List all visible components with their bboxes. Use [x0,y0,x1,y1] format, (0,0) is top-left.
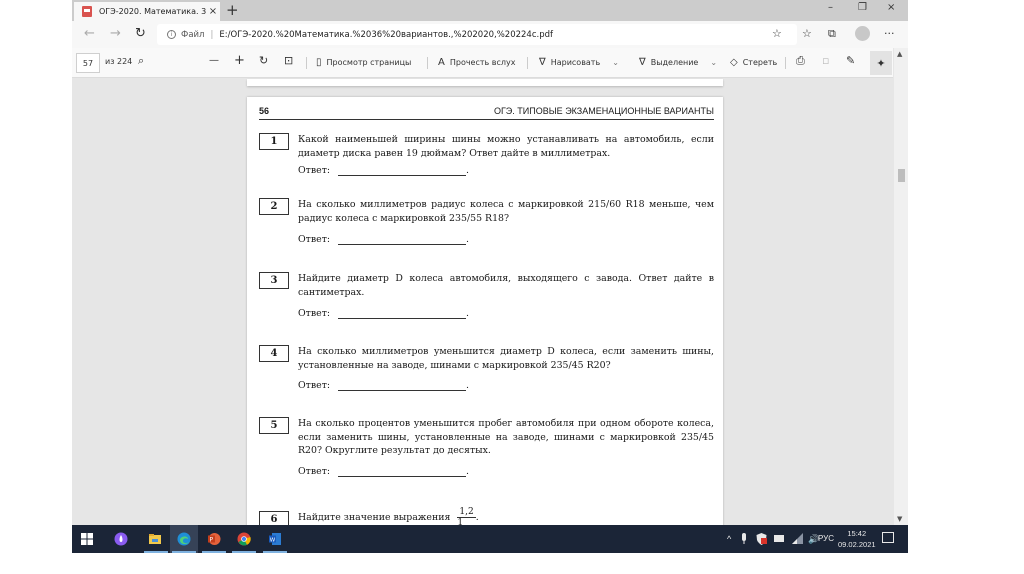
page-header: 56 ОГЭ. ТИПОВЫЕ ЭКЗАМЕНАЦИОННЫЕ ВАРИАНТЫ [259,106,714,120]
zoom-out-button[interactable]: — [209,55,219,66]
previous-page-edge [247,79,723,86]
file-explorer-icon[interactable] [148,532,162,546]
highlight-button[interactable]: ∇ Выделение ⌄ [639,57,717,68]
svg-text:P: P [210,537,214,544]
task-number: 2 [259,198,289,215]
word-icon[interactable]: W [268,532,282,546]
highlight-label: Выделение [651,58,699,67]
close-window-button[interactable]: × [887,2,895,13]
microphone-icon[interactable] [740,533,748,545]
pdf-toolbar: 57 из 224 ⌕ — + ↻ ⊡ ▯ Просмотр страницы … [72,48,893,78]
task-number: 5 [259,417,289,434]
collections-icon[interactable]: ⧉ [828,27,836,41]
edge-browser-icon[interactable] [177,532,191,546]
restore-button[interactable]: ❐ [858,2,867,13]
task-text: На сколько миллиметров уменьшится диамет… [298,345,714,372]
language-indicator[interactable]: РУС [818,534,834,543]
tab-title: ОГЭ-2020. Математика. 36 вари [99,7,206,16]
battery-icon[interactable] [774,534,785,543]
task-number: 3 [259,272,289,289]
chrome-icon[interactable] [237,532,251,546]
search-icon[interactable]: ⌕ [138,54,144,68]
pdf-page: 56 ОГЭ. ТИПОВЫЕ ЭКЗАМЕНАЦИОННЫЕ ВАРИАНТЫ… [247,97,723,537]
page-number: 56 [259,106,269,116]
draw-icon: ∇ [539,57,546,68]
info-icon[interactable]: i [167,30,176,39]
browser-window: ОГЭ-2020. Математика. 36 вари × + – ❐ × … [72,0,908,553]
read-aloud-icon: A [438,57,445,68]
page-view-button[interactable]: ▯ Просмотр страницы [316,57,411,68]
notifications-icon[interactable] [882,532,894,543]
address-separator: | [210,30,213,40]
network-icon[interactable] [792,533,803,544]
read-aloud-label: Прочесть вслух [450,58,516,67]
pdf-file-icon [82,6,92,17]
scroll-down-arrow-icon[interactable]: ▼ [897,515,902,523]
answer-line: Ответ:. [298,466,469,477]
alice-assistant-icon[interactable] [114,532,128,546]
draw-label: Нарисовать [551,58,600,67]
zoom-in-button[interactable]: + [234,53,245,68]
erase-button[interactable]: ◇ Стереть [730,57,777,68]
erase-label: Стереть [743,58,778,67]
print-icon[interactable]: ⎙ [796,54,805,68]
tab-strip: ОГЭ-2020. Математика. 36 вари × + – ❐ × [72,0,908,21]
task-text: Какой наименьшей ширины шины можно устан… [298,133,714,160]
security-shield-icon[interactable] [756,533,767,545]
add-favorite-icon[interactable]: ☆ [772,27,782,40]
read-aloud-button[interactable]: A Прочесть вслух [438,57,516,68]
task-text: Найдите диаметр D колеса автомобиля, вых… [298,272,714,299]
close-tab-icon[interactable]: × [206,6,220,17]
more-menu-icon[interactable]: ··· [884,27,895,40]
task-text: На сколько процентов уменьшится пробег а… [298,417,714,458]
address-scheme-label: Файл [181,30,204,40]
highlight-icon: ∇ [639,57,646,68]
minimize-button[interactable]: – [828,2,833,13]
powerpoint-icon[interactable]: P [207,532,221,546]
forward-button[interactable]: → [110,26,121,41]
tray-chevron-icon[interactable]: ^ [727,534,731,544]
navigation-bar: ← → ↻ i Файл | E:/ОГЭ-2020.%20Математика… [72,21,908,48]
draw-chevron-icon[interactable]: ⌄ [612,58,619,67]
highlight-chevron-icon[interactable]: ⌄ [710,58,717,67]
answer-blank [338,166,466,176]
reload-button[interactable]: ↻ [135,26,146,41]
pin-icon: ✦ [876,57,885,70]
rotate-icon[interactable]: ↻ [259,54,268,67]
clock-date: 09.02.2021 [838,539,876,550]
pin-toolbar-button[interactable]: ✦ [870,51,892,75]
pdf-viewport: 56 ОГЭ. ТИПОВЫЕ ЭКЗАМЕНАЦИОННЫЕ ВАРИАНТЫ… [72,79,894,525]
address-bar[interactable]: i Файл | E:/ОГЭ-2020.%20Математика.%2036… [157,24,797,45]
fit-page-icon[interactable]: ⊡ [284,54,293,67]
page-total: из 224 [105,57,132,66]
answer-blank [338,235,466,245]
answer-line: Ответ:. [298,165,469,176]
answer-line: Ответ:. [298,380,469,391]
save-as-icon[interactable]: ✎ [846,54,855,67]
profile-avatar[interactable] [855,26,870,41]
answer-blank [338,381,466,391]
answer-line: Ответ:. [298,234,469,245]
clock[interactable]: 15:42 09.02.2021 [838,528,876,550]
draw-button[interactable]: ∇ Нарисовать ⌄ [539,57,619,68]
favorites-icon[interactable]: ☆ [802,27,812,40]
tab-pdf[interactable]: ОГЭ-2020. Математика. 36 вари × [74,2,220,21]
save-icon[interactable]: ▫ [822,54,829,67]
scroll-up-arrow-icon[interactable]: ▲ [897,50,902,58]
page-view-icon: ▯ [316,57,322,68]
answer-line: Ответ:. [298,308,469,319]
svg-text:W: W [270,537,276,543]
answer-blank [338,309,466,319]
new-tab-button[interactable]: + [226,1,239,19]
task-number: 1 [259,133,289,150]
page-number-input[interactable]: 57 [76,53,100,73]
back-button[interactable]: ← [84,26,95,41]
answer-blank [338,467,466,477]
page-view-label: Просмотр страницы [327,58,412,67]
address-url[interactable]: E:/ОГЭ-2020.%20Математика.%2036%20вариан… [219,30,553,40]
windows-taskbar: P W ^ 🔊 РУС 15:42 09.02.2021 [72,525,908,553]
vertical-scrollbar[interactable]: ▲ ▼ [894,48,908,525]
scroll-thumb[interactable] [898,169,905,182]
eraser-icon: ◇ [730,57,738,68]
page-header-title: ОГЭ. ТИПОВЫЕ ЭКЗАМЕНАЦИОННЫЕ ВАРИАНТЫ [494,106,714,116]
task-number: 4 [259,345,289,362]
task-text: На сколько миллиметров радиус колеса с м… [298,198,714,225]
clock-time: 15:42 [838,528,876,539]
windows-start-icon[interactable] [80,532,94,546]
